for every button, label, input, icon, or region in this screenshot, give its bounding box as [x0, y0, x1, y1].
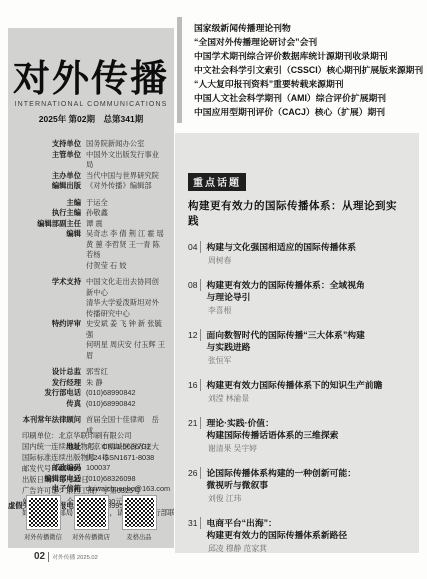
info-row: 发行经理朱 静 — [8, 378, 174, 389]
info-row: 设计总监郭雪红 — [8, 367, 174, 378]
publishing-line: 印刷单位：北京华联印刷有限公司 — [22, 430, 168, 441]
article-authors: 谢清果 吴宇婷 — [208, 443, 405, 454]
issue-number: 2025年 第02期 总第341期 — [8, 113, 174, 125]
footer-divider — [48, 552, 49, 562]
article-authors: 张恒军 — [208, 355, 405, 366]
article-authors: 李喜根 — [208, 305, 405, 316]
info-label: 执行主编 — [8, 208, 86, 219]
info-label: 编辑 — [8, 229, 86, 271]
article-authors: 刘俊 江玮 — [208, 493, 405, 504]
info-row: 学术支持中国文化走出去协同创新中心 清华大学爱泼斯坦对外传播研究中心 — [8, 277, 174, 319]
info-label: 主办单位 — [8, 171, 86, 182]
info-row: 主管单位中国外文出版发行事业局 — [8, 150, 174, 171]
info-value: 中国文化走出去协同创新中心 清华大学爱泼斯坦对外传播研究中心 — [86, 277, 166, 319]
qr-code-icon — [75, 496, 108, 529]
accolade-line: 中文社会科学引文索引（CSSCI）核心期刊扩展版来源期刊 — [194, 63, 421, 77]
info-value: 当代中国与世界研究院 — [86, 171, 166, 182]
info-label: 学术支持 — [8, 277, 86, 319]
info-row: 发行部电话(010)68990842 — [8, 388, 174, 399]
accolade-line: 中国应用型期刊评价（CACJ）核心（扩展）期刊 — [194, 105, 421, 119]
qr-caption: 麦格出品 — [117, 532, 161, 541]
article-title: 面向数智时代的国际传播“三大体系”构建 与实践进路 — [206, 329, 364, 353]
info-row: 特约评审史安斌 姜 飞 钟 新 张毓强 何明星 周庆安 付玉辉 王 眉 — [8, 319, 174, 361]
qr-code-row: 对外传播微信 对外传播微店 麦格出品 — [21, 496, 161, 541]
qr-item-maige: 麦格出品 — [117, 496, 161, 541]
info-label: 主编 — [8, 198, 86, 209]
info-value: 国务院新闻办公室 — [86, 139, 166, 150]
article-page-number: 31 — [188, 517, 201, 529]
info-row: 编辑吴奇志 李 倩 荆 江 霍 瑶 黄 蕙 李哲贤 王一青 陈若杨 付贺莹 石 … — [8, 229, 174, 271]
info-label: 编辑出版 — [8, 181, 86, 192]
journal-title: 对外传播 — [8, 60, 174, 97]
info-value: 谭 震 — [86, 219, 166, 230]
publishing-line: 国内统一连续出版物号：CN11-5636/G2 — [22, 441, 168, 452]
info-row: 主办单位当代中国与世界研究院 — [8, 171, 174, 182]
article-entry: 21理论·实践·价值： 构建国际传播话语体系的三维探索 谢清果 吴宇婷 — [188, 417, 405, 454]
info-value: (010)68990842 — [86, 388, 166, 399]
masthead: 对外传播 INTERNATIONAL COMMUNICATIONS 2025年 … — [8, 28, 174, 125]
publishing-line: 国际标准连续出版物号：ISSN1671-8038 — [22, 452, 168, 463]
article-authors: 刘滢 林渝景 — [208, 393, 405, 404]
info-row: 编辑部副主任谭 震 — [8, 219, 174, 230]
article-page-number: 26 — [188, 467, 201, 479]
info-value: 《对外传播》编辑部 — [86, 181, 166, 192]
info-value: 孙敬鑫 — [86, 208, 166, 219]
qr-item-wechat: 对外传播微信 — [21, 496, 65, 541]
page-footer: 02 对外传播 2025.02 — [34, 551, 98, 562]
info-label: 支持单位 — [8, 139, 86, 150]
article-entry: 16构建更有效力国际传播体系下的知识生产前瞻 刘滢 林渝景 — [188, 379, 405, 404]
contents-panel: 重点话题 构建更有效力的国际传播体系：从理论到实践 04构建与文化强国相适应的国… — [175, 133, 419, 553]
info-row: 传真(010)68990842 — [8, 399, 174, 410]
section-title: 构建更有效力的国际传播体系：从理论到实践 — [188, 198, 405, 228]
journal-info-sidebar: 对外传播 INTERNATIONAL COMMUNICATIONS 2025年 … — [8, 28, 174, 548]
article-title: 电商平台“出海”： 构建更有效力的国际传播体系新路径 — [206, 517, 347, 541]
article-title: 构建更有效力的国际传播体系：全域视角 与理论导引 — [206, 279, 364, 303]
info-value: (010)68990842 — [86, 399, 166, 410]
article-page-number: 16 — [188, 379, 201, 391]
article-entry: 08构建更有效力的国际传播体系：全域视角 与理论导引 李喜根 — [188, 279, 405, 316]
qr-item-weidian: 对外传播微店 — [69, 496, 113, 541]
accolade-line: 中国人文社会科学期刊（AMI）综合评价扩展期刊 — [194, 91, 421, 105]
accolade-line: “人大复印报刊资料”重要转载来源期刊 — [194, 77, 421, 91]
article-page-number: 04 — [188, 241, 201, 253]
publishing-line: 邮发代号：80-390 — [22, 463, 168, 474]
info-label: 特约评审 — [8, 319, 86, 361]
article-authors: 周树春 — [208, 255, 405, 266]
info-label: 发行经理 — [8, 378, 86, 389]
article-page-number: 21 — [188, 417, 201, 429]
info-label: 主管单位 — [8, 150, 86, 171]
article-entry: 31电商平台“出海”： 构建更有效力的国际传播体系新路径 邱凌 穆静 范家萁 — [188, 517, 405, 553]
page-number: 02 — [34, 551, 45, 562]
accolade-line: 中国学术期刊综合评价数据库统计源期刊收录期刊 — [194, 49, 421, 63]
info-value: 郭雪红 — [86, 367, 166, 378]
article-page-number: 12 — [188, 329, 201, 341]
qr-caption: 对外传播微信 — [21, 532, 65, 541]
accolade-line: 国家级新闻传播理论刊物 — [194, 21, 421, 35]
qr-caption: 对外传播微店 — [69, 532, 113, 541]
article-entry: 04构建与文化强国相适应的国际传播体系 周树春 — [188, 241, 405, 266]
journal-accolades: 国家级新闻传播理论刊物 “全国对外传播理论研讨会”会刊 中国学术期刊综合评价数据… — [177, 17, 421, 123]
article-title: 论国际传播体系构建的一种创新可能： 微视听与微叙事 — [206, 467, 356, 491]
magazine-contents-page: 对外传播 INTERNATIONAL COMMUNICATIONS 2025年 … — [0, 0, 427, 579]
info-value: 于运全 — [86, 198, 166, 209]
info-label: 发行部电话 — [8, 388, 86, 399]
article-title: 构建更有效力国际传播体系下的知识生产前瞻 — [206, 379, 382, 391]
article-page-number: 08 — [188, 279, 201, 291]
qr-code-icon — [123, 496, 156, 529]
publishing-line: 广告许可证：京西工商广字第0325号 — [22, 485, 168, 496]
journal-title-english: INTERNATIONAL COMMUNICATIONS — [8, 101, 174, 108]
info-label: 编辑部副主任 — [8, 219, 86, 230]
info-value: 吴奇志 李 倩 荆 江 霍 瑶 黄 蕙 李哲贤 王一青 陈若杨 付贺莹 石 姣 — [86, 229, 166, 271]
info-label: 传真 — [8, 399, 86, 410]
article-title: 构建与文化强国相适应的国际传播体系 — [206, 241, 356, 253]
publishing-line: 出版日期：每月22日 — [22, 474, 168, 485]
footer-journal-name: 对外传播 2025.02 — [52, 552, 98, 561]
info-row: 编辑出版《对外传播》编辑部 — [8, 181, 174, 192]
article-entry: 12面向数智时代的国际传播“三大体系”构建 与实践进路 张恒军 — [188, 329, 405, 366]
section-badge: 重点话题 — [188, 173, 246, 191]
info-value: 朱 静 — [86, 378, 166, 389]
info-row: 支持单位国务院新闻办公室 — [8, 139, 174, 150]
article-entry: 26论国际传播体系构建的一种创新可能： 微视听与微叙事 刘俊 江玮 — [188, 467, 405, 504]
info-row: 主编于运全 — [8, 198, 174, 209]
info-value: 中国外文出版发行事业局 — [86, 150, 166, 171]
article-authors: 邱凌 穆静 范家萁 — [208, 543, 405, 553]
info-row: 执行主编孙敬鑫 — [8, 208, 174, 219]
qr-code-icon — [27, 496, 60, 529]
accolade-line: “全国对外传播理论研讨会”会刊 — [194, 35, 421, 49]
article-title: 理论·实践·价值： 构建国际传播话语体系的三维探索 — [206, 417, 338, 441]
info-label: 设计总监 — [8, 367, 86, 378]
info-value: 史安斌 姜 飞 钟 新 张毓强 何明星 周庆安 付玉辉 王 眉 — [86, 319, 166, 361]
